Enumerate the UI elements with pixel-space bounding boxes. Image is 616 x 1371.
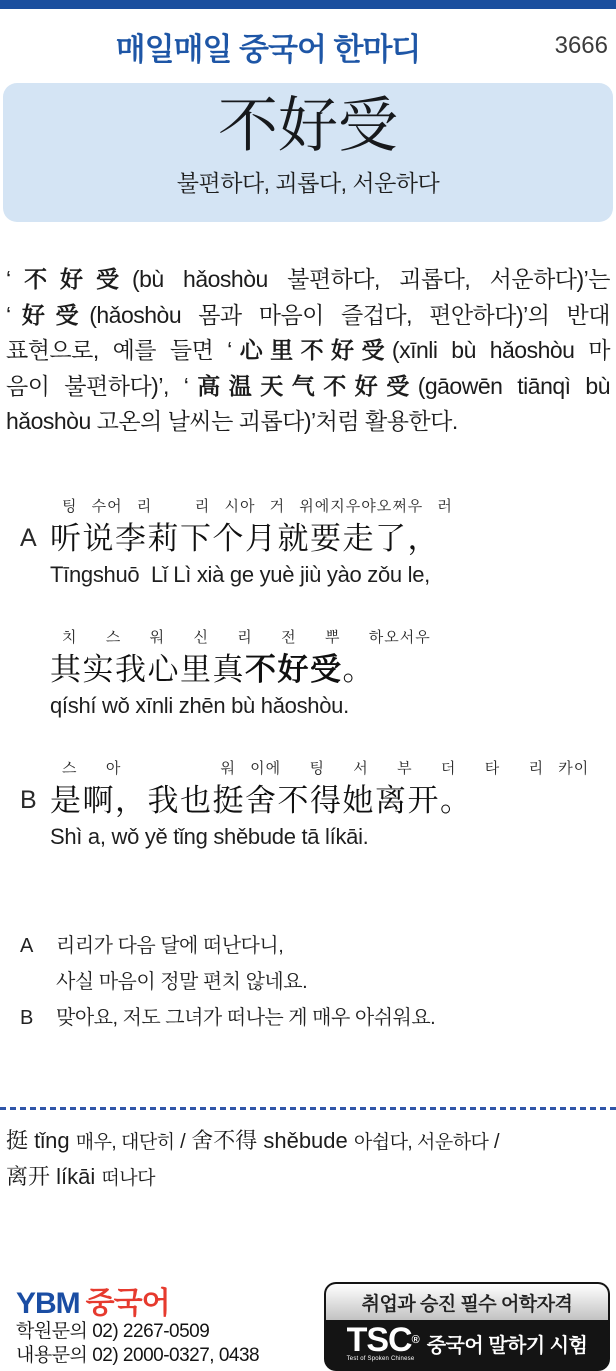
contact-info: 학원문의 02) 2267-0509 내용문의 02) 2000-0327, 0…: [16, 1320, 259, 1368]
translation-text: 사실 마음이 정말 편치 않네요.: [56, 964, 606, 1000]
vocabulary-line: 离开 líkāi 떠나다: [6, 1160, 610, 1196]
ybm-brand-text: YBM: [16, 1287, 80, 1320]
pinyin-line: qíshí wǒ xīnli zhēn bù hǎoshòu.: [50, 691, 616, 721]
translation-speaker-a: A: [20, 928, 56, 964]
phrase-hanzi: 不好受: [3, 93, 613, 159]
explanation-paragraph: ‘不好受(bù hǎoshòu 불편하다, 괴롭다, 서운하다)’는 ‘好受(h…: [6, 262, 610, 440]
ybm-subbrand-text: 중국어: [86, 1287, 170, 1320]
dialogue-line-a1: A 팅 수어 리 리 시아 거 위에지우야오쩌우 러 听说李莉下个月就要走了， …: [0, 496, 616, 590]
translation-speaker-blank: [20, 964, 56, 1000]
issue-number: 3666: [555, 32, 608, 60]
translation-text: 리리가 다음 달에 떠난다니,: [56, 928, 606, 964]
tsc-badge-body: TSC® Test of Spoken Chinese 중국어 말하기 시험: [324, 1320, 610, 1369]
dialogue-section: A 팅 수어 리 리 시아 거 위에지우야오쩌우 러 听说李莉下个月就要走了， …: [0, 496, 616, 889]
registered-mark-icon: ®: [412, 1334, 419, 1346]
contact-line-content: 내용문의 02) 2000-0327, 0438: [16, 1344, 259, 1368]
ruby-pronunciation: 팅 수어 리 리 시아 거 위에지우야오쩌우 러: [50, 496, 616, 518]
translation-row: B 맞아요, 저도 그녀가 떠나는 게 매우 아쉬워요.: [20, 1000, 606, 1036]
translation-row: A 리리가 다음 달에 떠난다니,: [20, 928, 606, 964]
phrase-meaning: 불편하다, 괴롭다, 서운하다: [3, 165, 613, 198]
header: 매일매일 중국어 한마디 3666: [0, 24, 616, 70]
pinyin-line: Shì a, wǒ yě tǐng shěbude tā líkāi.: [50, 822, 616, 852]
top-accent-bar: [0, 0, 616, 9]
ruby-pronunciation: 스 아 워 이에 팅 서 부 더 타 리 카이: [50, 758, 616, 780]
explanation-line: hǎoshòu 고온의 날씨는 괴롭다)’처럼 활용한다.: [6, 404, 610, 440]
translation-speaker-b: B: [20, 1000, 56, 1036]
page: 매일매일 중국어 한마디 3666 不好受 불편하다, 괴롭다, 서운하다 ‘不…: [0, 0, 616, 1371]
tsc-description: 중국어 말하기 시험: [427, 1329, 588, 1358]
translation-section: A 리리가 다음 달에 떠난다니, 사실 마음이 정말 편치 않네요. B 맞아…: [20, 928, 606, 1036]
phrase-card: 不好受 불편하다, 괴롭다, 서운하다: [3, 83, 613, 222]
tsc-subtitle: Test of Spoken Chinese: [347, 1356, 415, 1362]
explanation-line: 음이 불편하다)’, ‘高温天气不好受(gāowēn tiānqì bù: [6, 369, 610, 405]
tsc-tagline: 취업과 승진 필수 어학자격: [326, 1284, 608, 1320]
footer: YBM중국어 학원문의 02) 2267-0509 내용문의 02) 2000-…: [0, 1276, 616, 1371]
tsc-badge: 취업과 승진 필수 어학자격 TSC® Test of Spoken Chine…: [324, 1282, 610, 1371]
translation-text: 맞아요, 저도 그녀가 떠나는 게 매우 아쉬워요.: [56, 1000, 606, 1036]
dialogue-line-b1: B 스 아 워 이에 팅 서 부 더 타 리 카이 是啊，我也挺舍不得她离开。 …: [0, 758, 616, 852]
tsc-logo-text: TSC: [347, 1321, 412, 1359]
speaker-label-b: B: [20, 786, 37, 815]
vocabulary-line: 挺 tǐng 매우, 대단히 / 舍不得 shěbude 아쉽다, 서운하다 /: [6, 1124, 610, 1160]
dialogue-line-a2: 치 스 워 신 리 전 뿌 하오서우 其实我心里真不好受。 qíshí wǒ x…: [0, 627, 616, 721]
hanzi-line: 是啊，我也挺舍不得她离开。: [50, 780, 616, 822]
speaker-label-a: A: [20, 524, 37, 553]
explanation-line: ‘好受(hǎoshòu 몸과 마음이 즐겁다, 편안하다)’의 반대: [6, 298, 610, 334]
vocabulary-section: 挺 tǐng 매우, 대단히 / 舍不得 shěbude 아쉽다, 서운하다 /…: [6, 1124, 610, 1196]
hanzi-line: 其实我心里真不好受。: [50, 649, 616, 691]
tsc-logo: TSC® Test of Spoken Chinese: [347, 1325, 419, 1362]
translation-row: 사실 마음이 정말 편치 않네요.: [20, 964, 606, 1000]
explanation-line: 표현으로, 예를 들면 ‘心里不好受(xīnli bù hǎoshòu 마: [6, 333, 610, 369]
hanzi-line: 听说李莉下个月就要走了，: [50, 518, 616, 560]
ybm-logo: YBM중국어: [16, 1278, 170, 1322]
page-title: 매일매일 중국어 한마디: [0, 24, 616, 69]
dashed-divider: [0, 1107, 616, 1110]
contact-line-academy: 학원문의 02) 2267-0509: [16, 1320, 259, 1344]
pinyin-line: Tīngshuō Lǐ Lì xià ge yuè jiù yào zǒu le…: [50, 560, 616, 590]
explanation-line: ‘不好受(bù hǎoshòu 불편하다, 괴롭다, 서운하다)’는: [6, 262, 610, 298]
ruby-pronunciation: 치 스 워 신 리 전 뿌 하오서우: [50, 627, 616, 649]
